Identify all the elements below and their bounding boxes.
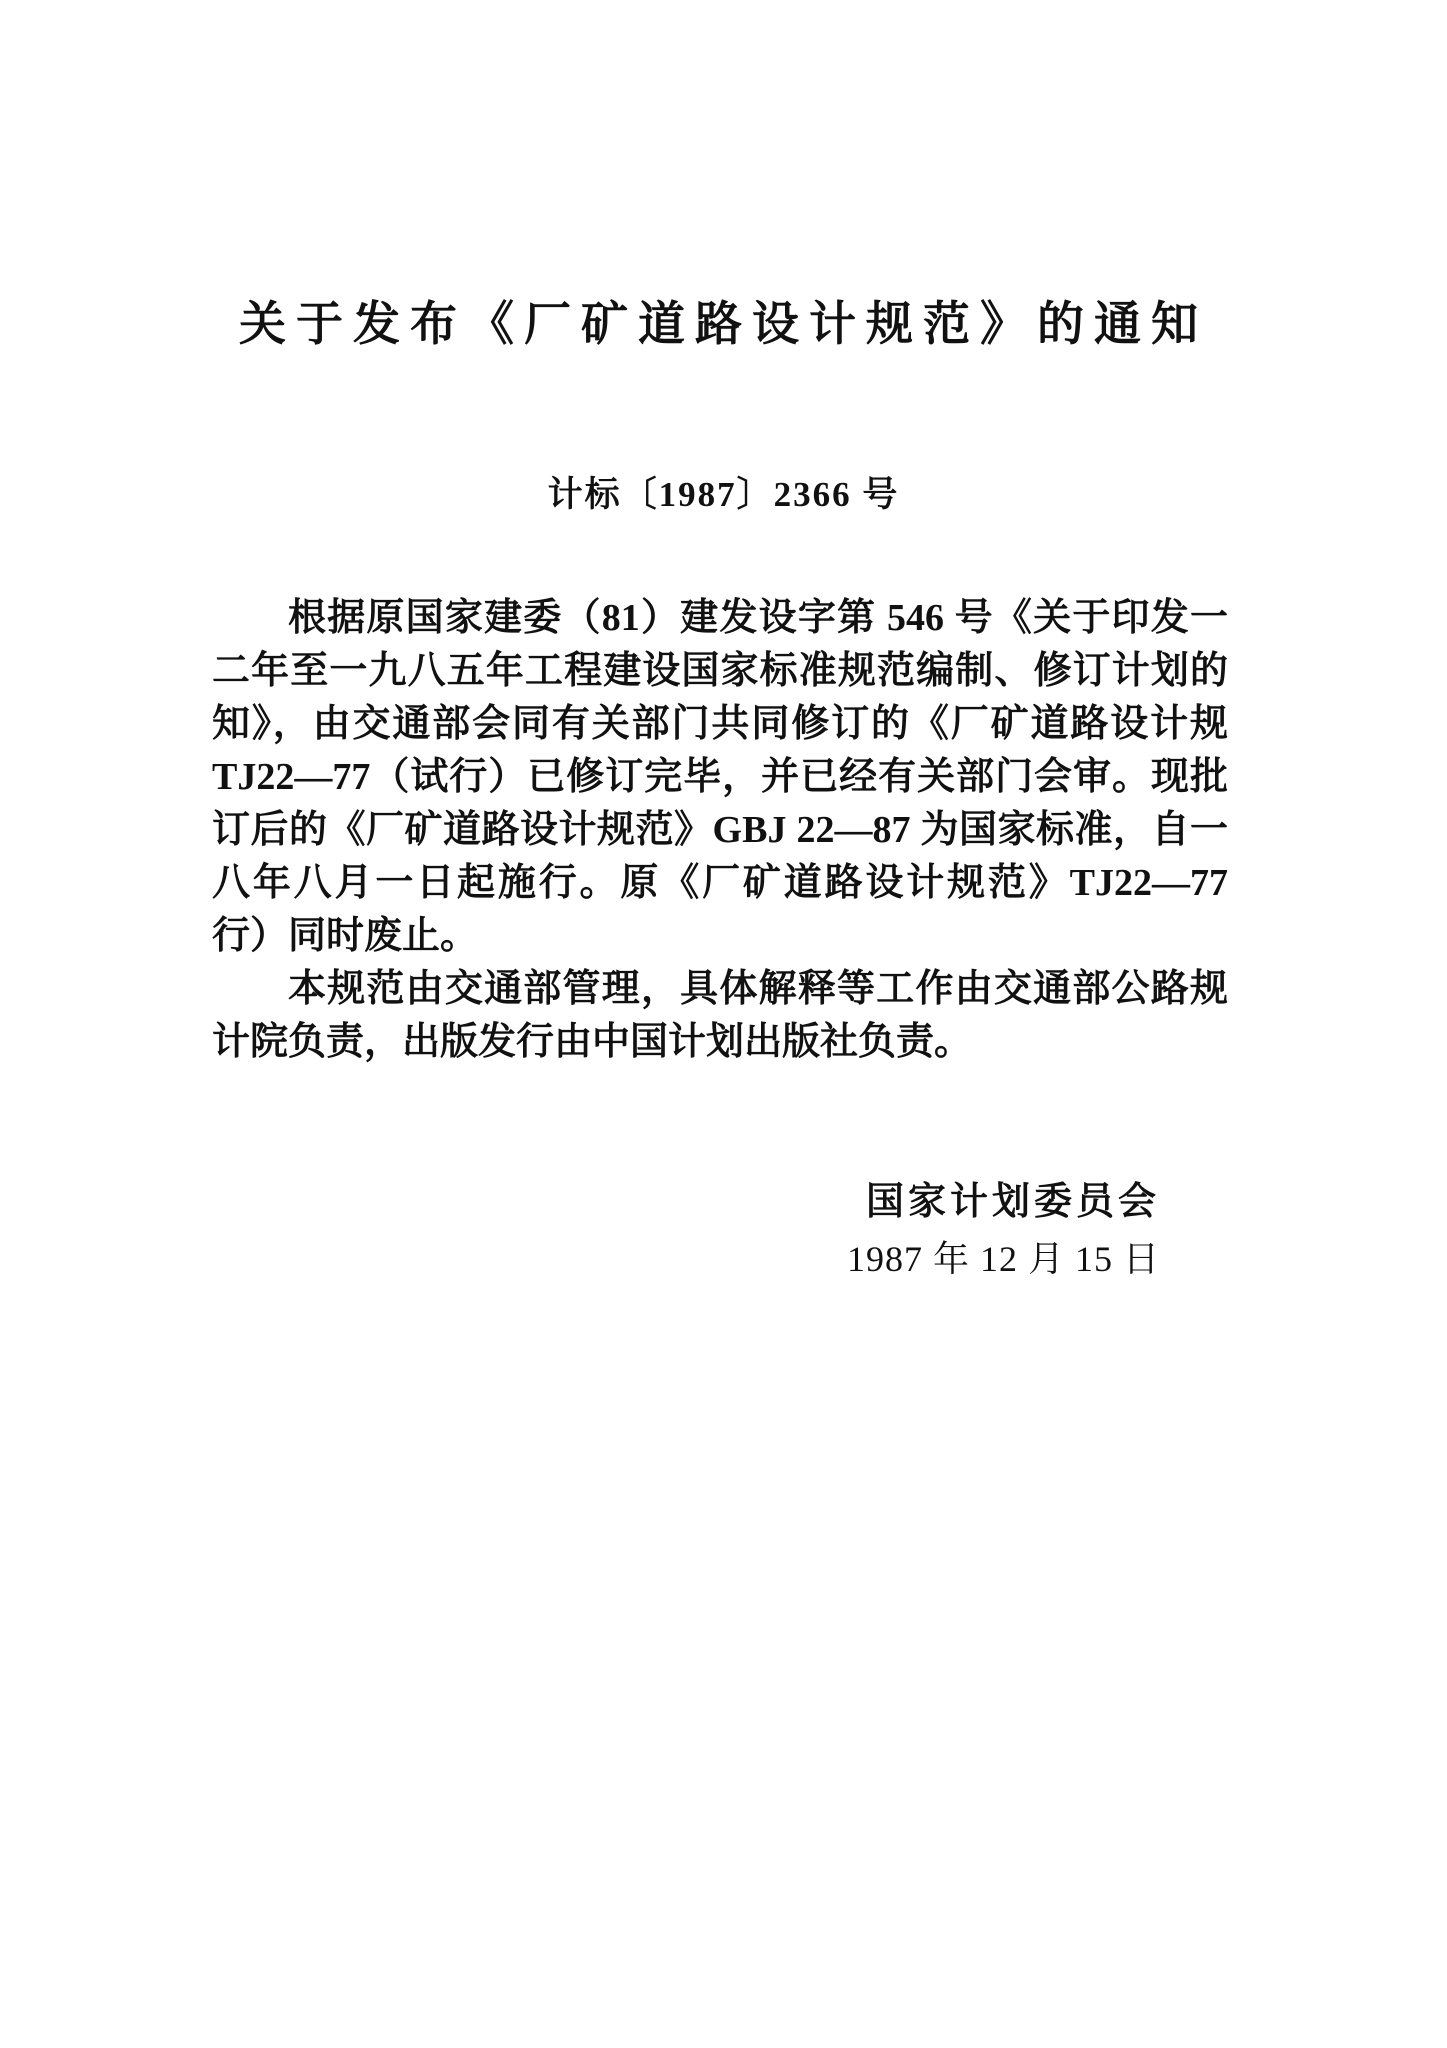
body-line: 行）同时废止。 [212,910,1228,963]
body-line: 本规范由交通部管理，具体解释等工作由交通部公路规划设 [212,963,1228,1016]
document-body: 根据原国家建委（81）建发设字第 546 号《关于印发一九八 二年至一九八五年工… [212,592,1228,1069]
body-line: TJ22—77（试行）已修订完毕，并已经有关部门会审。现批准修 [212,751,1228,804]
document-title: 关于发布《厂矿道路设计规范》的通知 [0,300,1447,352]
body-line: 计院负责，出版发行由中国计划出版社负责。 [212,1016,1228,1069]
body-line: 根据原国家建委（81）建发设字第 546 号《关于印发一九八 [212,592,1228,645]
body-line: 二年至一九八五年工程建设国家标准规范编制、修订计划的通 [212,645,1228,698]
document-page: 关于发布《厂矿道路设计规范》的通知 计标〔1987〕2366 号 根据原国家建委… [0,0,1447,2048]
signature-organization: 国家计划委员会 [847,1180,1160,1226]
document-number: 计标〔1987〕2366 号 [0,476,1447,515]
body-line: 订后的《厂矿道路设计规范》GBJ 22—87 为国家标准，自一九八 [212,804,1228,857]
signature-block: 国家计划委员会 1987 年 12 月 15 日 [847,1180,1160,1281]
signature-date: 1987 年 12 月 15 日 [847,1238,1160,1281]
body-line: 知》，由交通部会同有关部门共同修订的《厂矿道路设计规范》 [212,698,1228,751]
body-line: 八年八月一日起施行。原《厂矿道路设计规范》TJ22—77（试 [212,857,1228,910]
